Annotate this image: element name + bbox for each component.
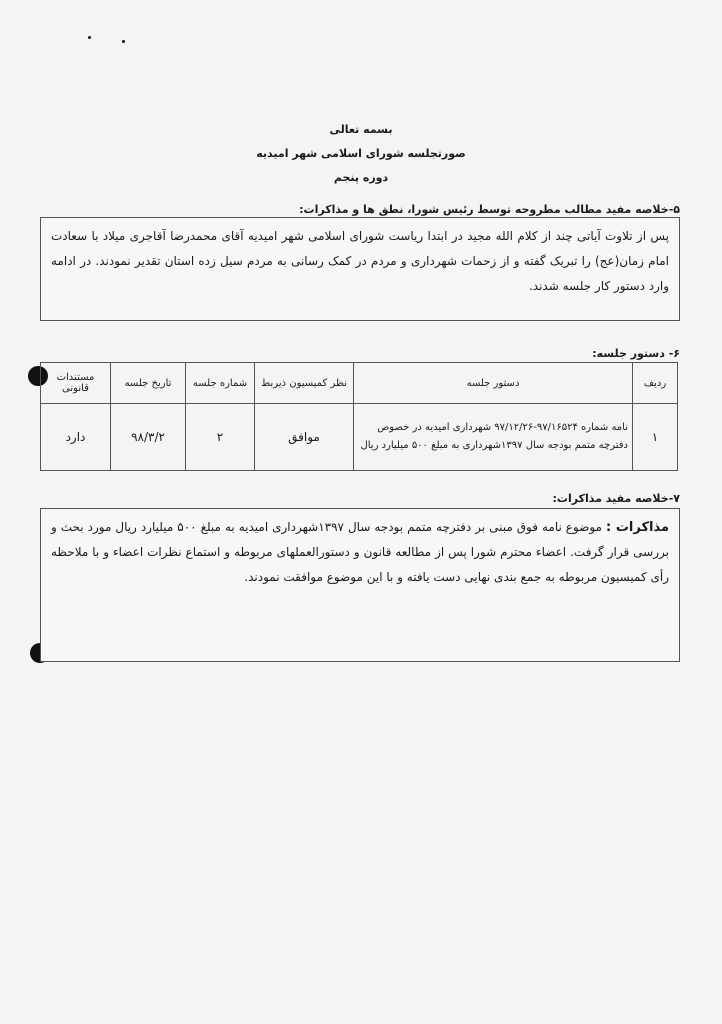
- cell-row: ۱: [633, 404, 678, 471]
- cell-opinion: موافق: [255, 404, 354, 471]
- invocation: بسمه تعالی: [0, 118, 722, 142]
- scan-speck: [122, 40, 125, 43]
- col-session-date: تاریخ جلسه: [111, 363, 186, 404]
- cell-legal: دارد: [41, 404, 111, 471]
- scan-speck: [88, 36, 91, 39]
- cell-session-date: ۹۸/۳/۲: [111, 404, 186, 471]
- document-page: بسمه تعالی صورتجلسه شورای اسلامی شهر امی…: [0, 0, 722, 1024]
- section-7-box: مذاکرات : موضوع نامه فوق مبنی بر دفترچه …: [40, 508, 680, 662]
- cell-session-number: ۲: [186, 404, 255, 471]
- col-session-number: شماره جلسه: [186, 363, 255, 404]
- section-5-body: پس از تلاوت آیاتی چند از کلام الله مجید …: [51, 229, 669, 293]
- section-7-body: موضوع نامه فوق مبنی بر دفترچه متمم بودجه…: [51, 520, 669, 584]
- col-row: ردیف: [633, 363, 678, 404]
- document-title: صورتجلسه شورای اسلامی شهر امیدیه: [0, 142, 722, 166]
- table-header-row: ردیف دستور جلسه نظر کمیسیون ذیربط شماره …: [41, 363, 678, 404]
- section-5-title: ۵-خلاصه مفید مطالب مطروحه توسط رئیس شورا…: [299, 203, 680, 216]
- agenda-table: ردیف دستور جلسه نظر کمیسیون ذیربط شماره …: [40, 362, 678, 471]
- table-row: ۱ نامه شماره ۹۷/۱۶۵۲۴-۹۷/۱۲/۲۶ شهرداری ا…: [41, 404, 678, 471]
- section-5-box: پس از تلاوت آیاتی چند از کلام الله مجید …: [40, 217, 680, 321]
- col-topic: دستور جلسه: [354, 363, 633, 404]
- col-legal-documents: مستندات قانونی: [41, 363, 111, 404]
- section-6-title: ۶- دستور جلسه:: [592, 347, 680, 360]
- section-7-title: ۷-خلاصه مفید مذاکرات:: [553, 492, 681, 505]
- document-header: بسمه تعالی صورتجلسه شورای اسلامی شهر امی…: [0, 118, 722, 190]
- cell-topic: نامه شماره ۹۷/۱۶۵۲۴-۹۷/۱۲/۲۶ شهرداری امی…: [354, 404, 633, 471]
- col-commission-opinion: نظر کمیسیون ذیربط: [255, 363, 354, 404]
- council-term: دوره پنجم: [0, 166, 722, 190]
- negotiations-label: مذاکرات :: [606, 520, 669, 535]
